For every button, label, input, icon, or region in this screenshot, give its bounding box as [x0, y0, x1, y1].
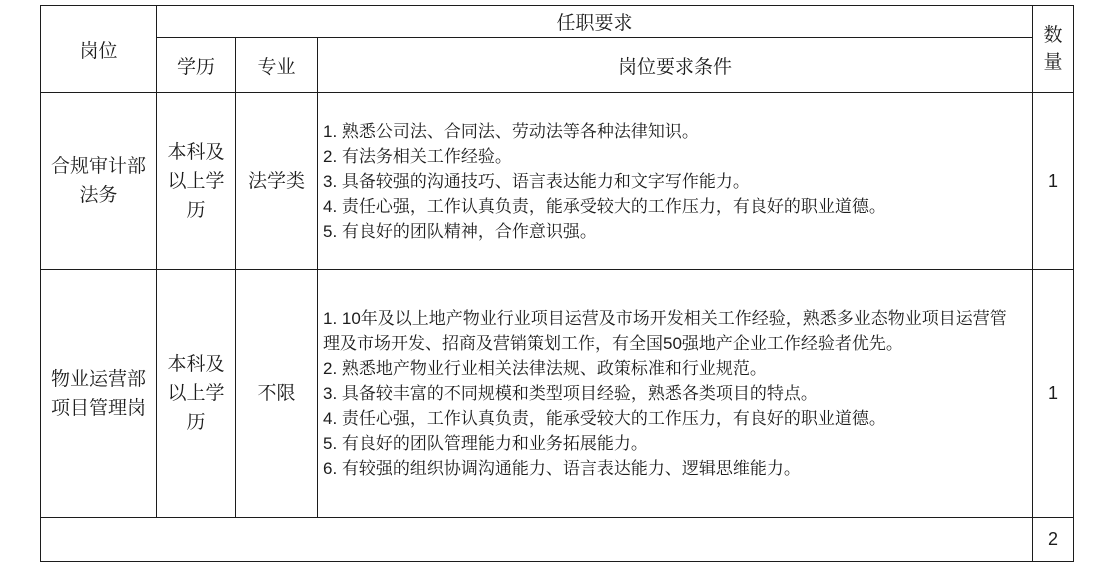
header-education: 学历	[157, 38, 236, 93]
header-quantity-label: 数量	[1041, 22, 1066, 76]
requirement-item: 3. 具备较丰富的不同规模和类型项目经验，熟悉各类项目的特点。	[323, 381, 1022, 406]
total-row: 2	[41, 518, 1074, 562]
table-row-legal: 合规审计部法务 本科及以上学历 法学类 1. 熟悉公司法、合同法、劳动法等各种法…	[41, 93, 1074, 270]
education-cell: 本科及以上学历	[157, 270, 236, 518]
major-cell: 法学类	[236, 93, 318, 270]
recruitment-table: 岗位 任职要求 数量 学历 专业 岗位要求条件 合规审计部法务 本科及以上学历 …	[40, 5, 1074, 562]
header-row-sub: 学历 专业 岗位要求条件	[41, 38, 1074, 93]
table-row-property: 物业运营部项目管理岗 本科及以上学历 不限 1. 10年及以上地产物业行业项目运…	[41, 270, 1074, 518]
major-cell: 不限	[236, 270, 318, 518]
requirement-item: 2. 有法务相关工作经验。	[323, 144, 1022, 169]
education-label: 本科及以上学历	[165, 138, 227, 225]
header-requirements-group: 任职要求	[157, 6, 1033, 38]
quantity-cell: 1	[1033, 93, 1074, 270]
position-cell: 物业运营部项目管理岗	[41, 270, 157, 518]
header-conditions: 岗位要求条件	[318, 38, 1033, 93]
total-quantity-cell: 2	[1033, 518, 1074, 562]
recruitment-table-page: 岗位 任职要求 数量 学历 专业 岗位要求条件 合规审计部法务 本科及以上学历 …	[0, 0, 1104, 567]
requirement-item: 1. 10年及以上地产物业行业项目运营及市场开发相关工作经验，熟悉多业态物业项目…	[323, 306, 1022, 356]
requirement-item: 1. 熟悉公司法、合同法、劳动法等各种法律知识。	[323, 119, 1022, 144]
education-cell: 本科及以上学历	[157, 93, 236, 270]
requirement-item: 4. 责任心强，工作认真负责，能承受较大的工作压力，有良好的职业道德。	[323, 194, 1022, 219]
requirements-cell: 1. 熟悉公司法、合同法、劳动法等各种法律知识。 2. 有法务相关工作经验。 3…	[318, 93, 1033, 270]
requirement-item: 2. 熟悉地产物业行业相关法律法规、政策标准和行业规范。	[323, 356, 1022, 381]
requirements-cell: 1. 10年及以上地产物业行业项目运营及市场开发相关工作经验，熟悉多业态物业项目…	[318, 270, 1033, 518]
position-cell: 合规审计部法务	[41, 93, 157, 270]
requirement-item: 3. 具备较强的沟通技巧、语言表达能力和文字写作能力。	[323, 169, 1022, 194]
requirement-item: 5. 有良好的团队精神，合作意识强。	[323, 219, 1022, 244]
education-label: 本科及以上学历	[165, 350, 227, 437]
position-label: 合规审计部法务	[48, 152, 149, 210]
header-position: 岗位	[41, 6, 157, 93]
requirement-item: 4. 责任心强，工作认真负责，能承受较大的工作压力，有良好的职业道德。	[323, 406, 1022, 431]
total-empty-cell	[41, 518, 1033, 562]
requirement-item: 6. 有较强的组织协调沟通能力、语言表达能力、逻辑思维能力。	[323, 456, 1022, 481]
position-label: 物业运营部项目管理岗	[48, 365, 149, 423]
requirement-item: 5. 有良好的团队管理能力和业务拓展能力。	[323, 431, 1022, 456]
quantity-cell: 1	[1033, 270, 1074, 518]
header-major: 专业	[236, 38, 318, 93]
header-row-top: 岗位 任职要求 数量	[41, 6, 1074, 38]
header-quantity: 数量	[1033, 6, 1074, 93]
